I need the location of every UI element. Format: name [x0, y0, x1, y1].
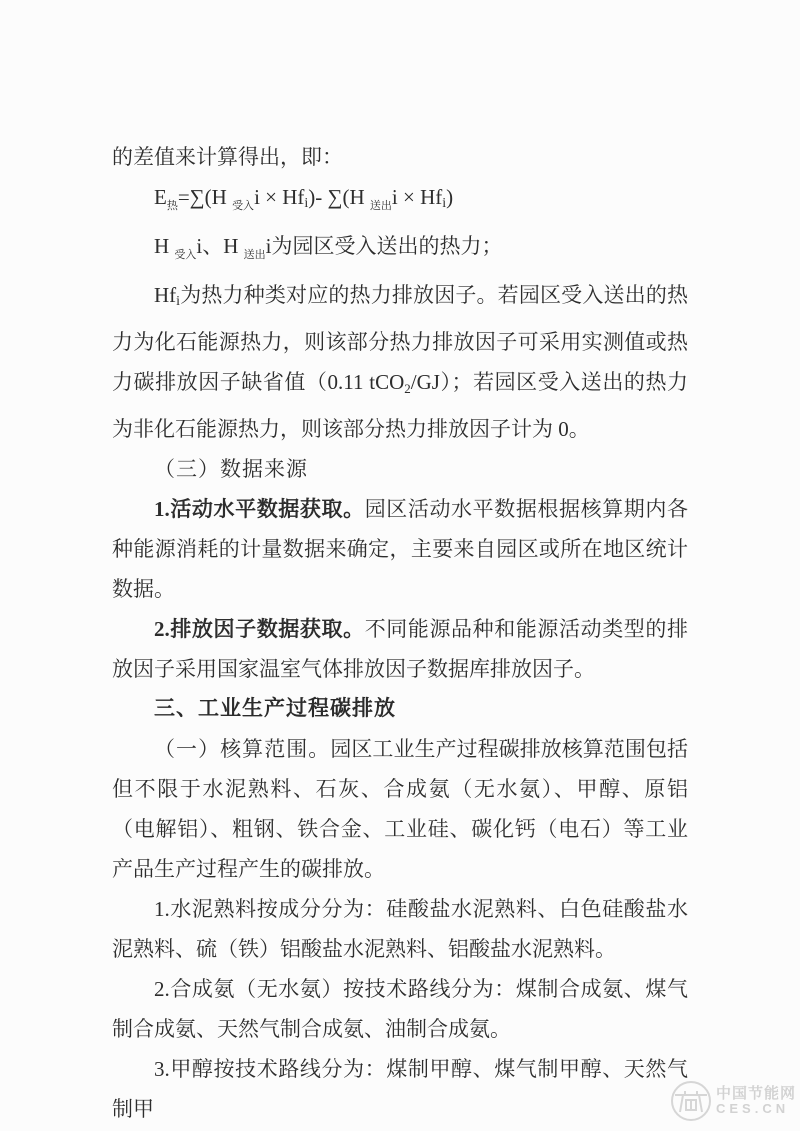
activity-data-lead: 1.活动水平数据获取。 — [154, 497, 365, 521]
formula-term: ) — [446, 185, 453, 209]
definition-term: i、H — [196, 234, 243, 258]
formula-term-E: E — [154, 185, 167, 209]
paragraph-cement-clinker: 1.水泥熟料按成分分为：硅酸盐水泥熟料、白色硅酸盐水泥熟料、硫（铁）铝酸盐水泥熟… — [112, 889, 688, 969]
watermark-site-domain: CES.CN — [716, 1102, 796, 1116]
emission-factor-data-lead: 2.排放因子数据获取。 — [154, 617, 365, 641]
subscript-sent: 送出 — [370, 200, 392, 212]
paragraph-emission-factor-data: 2.排放因子数据获取。不同能源品种和能源活动类型的排放因子采用国家温室气体排放因… — [112, 609, 688, 689]
formula-term: =∑(H — [178, 185, 232, 209]
definition-term: i为园区受入送出的热力； — [266, 234, 503, 258]
ces-logo-icon — [669, 1079, 713, 1123]
document-body: 的差值来计算得出，即： E热=∑(H 受入i × Hfi)- ∑(H 送出i ×… — [112, 137, 688, 1129]
formula-term: )- ∑(H — [308, 185, 370, 209]
watermark-text: 中国节能网 CES.CN — [716, 1086, 796, 1115]
watermark-site-name: 中国节能网 — [716, 1086, 796, 1102]
paragraph-methanol: 3.甲醇按技术路线分为：煤制甲醇、煤气制甲醇、天然气制甲 — [112, 1049, 688, 1129]
definition-term: H — [154, 234, 174, 258]
section-heading-industrial-process: 三、工业生产过程碳排放 — [112, 689, 688, 729]
accounting-scope-lead: （一）核算范围。 — [154, 737, 330, 761]
heat-definition-line: H 受入i、H 送出i为园区受入送出的热力； — [112, 226, 688, 275]
subsection-data-source: （三）数据来源 — [112, 449, 688, 489]
subscript-received: 受入 — [174, 249, 196, 261]
paragraph-synthetic-ammonia: 2.合成氨（无水氨）按技术路线分为：煤制合成氨、煤气制合成氨、天然气制合成氨、油… — [112, 969, 688, 1049]
paragraph-heat-emission-factor: Hfi为热力种类对应的热力排放因子。若园区受入送出的热力为化石能源热力，则该部分… — [112, 275, 688, 449]
formula-term: i × Hf — [254, 185, 304, 209]
formula-heat-emissions: E热=∑(H 受入i × Hfi)- ∑(H 送出i × Hfi) — [112, 177, 688, 226]
subscript-heat: 热 — [167, 200, 178, 212]
body-text: Hf — [154, 283, 176, 307]
subscript-sent: 送出 — [244, 249, 266, 261]
formula-term: i × Hf — [392, 185, 442, 209]
paragraph-activity-data: 1.活动水平数据获取。园区活动水平数据根据核算期内各种能源消耗的计量数据来确定，… — [112, 489, 688, 609]
subscript-received: 受入 — [232, 200, 254, 212]
document-page: 的差值来计算得出，即： E热=∑(H 受入i × Hfi)- ∑(H 送出i ×… — [0, 0, 800, 1131]
paragraph-continuation: 的差值来计算得出，即： — [112, 137, 688, 177]
watermark: 中国节能网 CES.CN — [669, 1079, 796, 1123]
paragraph-accounting-scope: （一）核算范围。园区工业生产过程碳排放核算范围包括但不限于水泥熟料、石灰、合成氨… — [112, 729, 688, 889]
